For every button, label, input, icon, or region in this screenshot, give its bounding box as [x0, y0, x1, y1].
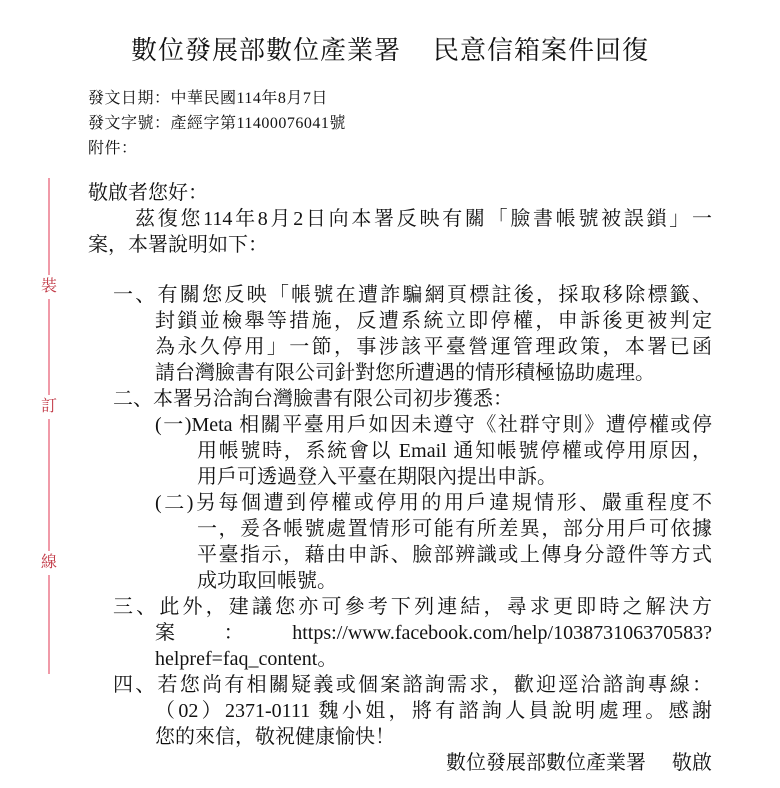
- issue-date-label: 發文日期：: [88, 90, 171, 107]
- signature-closing: 敬啟: [672, 750, 712, 776]
- doc-number-row: 發文字號：產經字第11400076041號: [88, 111, 346, 136]
- document-title: 數位發展部數位產業署 民意信箱案件回復: [0, 30, 780, 67]
- body-line: 用帳號時，系統會以 Email 通知帳號停權或停用原因，: [197, 438, 712, 464]
- issue-date-row: 發文日期：中華民國114年8月7日: [88, 86, 346, 111]
- body-line: 案：https://www.facebook.com/help/10387310…: [155, 620, 712, 646]
- body-line: 敬啟者您好：: [88, 180, 712, 206]
- doc-number-value: 產經字第11400076041號: [171, 115, 346, 132]
- body-line: 茲復您114年8月2日向本署反映有關「臉書帳號被誤鎖」一: [135, 206, 712, 232]
- attachment-row: 附件：: [88, 136, 346, 161]
- body-line: 請台灣臉書有限公司針對您所遭遇的情形積極協助處理。: [155, 360, 712, 386]
- signature-agency: 數位發展部數位產業署: [446, 750, 646, 776]
- body-line: 一，爰各帳號處置情形可能有所差異，部分用戶可依據: [197, 516, 712, 542]
- doc-number-label: 發文字號：: [88, 115, 171, 132]
- binding-line: [48, 178, 50, 674]
- title-agency: 數位發展部數位產業署: [131, 30, 401, 67]
- binding-mark-char: 訂: [39, 395, 59, 419]
- body-line: 為永久停用」一節，事涉該平臺營運管理政策，本署已函: [155, 334, 712, 360]
- body-line: 二、本署另洽詢台灣臉書有限公司初步獲悉：: [113, 386, 712, 412]
- body-line: （02）2371-0111 魏小姐，將有諮詢人員說明處理。感謝: [155, 698, 712, 724]
- body-line: (二)另每個遭到停權或停用的用戶違規情形、嚴重程度不: [155, 490, 712, 516]
- binding-mark-char: 裝: [39, 275, 59, 299]
- title-subject: 民意信箱案件回復: [433, 30, 649, 67]
- body-line: 四、若您尚有相關疑義或個案諮詢需求，歡迎逕洽諮詢專線：: [113, 672, 712, 698]
- meta-block: 發文日期：中華民國114年8月7日 發文字號：產經字第11400076041號 …: [88, 86, 346, 161]
- body-line: 一、有關您反映「帳號在遭詐騙網頁標註後，採取移除標籤、: [113, 282, 712, 308]
- body-line: 平臺指示，藉由申訴、臉部辨識或上傳身分證件等方式: [197, 542, 712, 568]
- body-line: 您的來信，敬祝健康愉快！: [155, 724, 712, 750]
- binding-mark-char: 線: [39, 551, 59, 575]
- body-line: helpref=faq_content。: [155, 646, 712, 672]
- body-line: 三、此外，建議您亦可參考下列連結，尋求更即時之解決方: [113, 594, 712, 620]
- body-line: 用戶可透過登入平臺在期限內提出申訴。: [197, 464, 712, 490]
- letter-items: 一、有關您反映「帳號在遭詐騙網頁標註後，採取移除標籤、封鎖並檢舉等措施，反遭系統…: [88, 282, 712, 750]
- attachment-label: 附件：: [88, 140, 138, 157]
- body-line: 封鎖並檢舉等措施，反遭系統立即停權，申訴後更被判定: [155, 308, 712, 334]
- body-line: 案，本署說明如下：: [88, 232, 712, 258]
- letter-intro: 敬啟者您好：茲復您114年8月2日向本署反映有關「臉書帳號被誤鎖」一案，本署說明…: [88, 180, 712, 258]
- issue-date-value: 中華民國114年8月7日: [171, 90, 328, 107]
- document-page: 數位發展部數位產業署 民意信箱案件回復 發文日期：中華民國114年8月7日 發文…: [0, 0, 780, 788]
- body-line: 成功取回帳號。: [197, 568, 712, 594]
- signature-line: 數位發展部數位產業署 敬啟: [88, 750, 712, 776]
- body-line: (一)Meta 相關平臺用戶如因未遵守《社群守則》遭停權或停: [155, 412, 712, 438]
